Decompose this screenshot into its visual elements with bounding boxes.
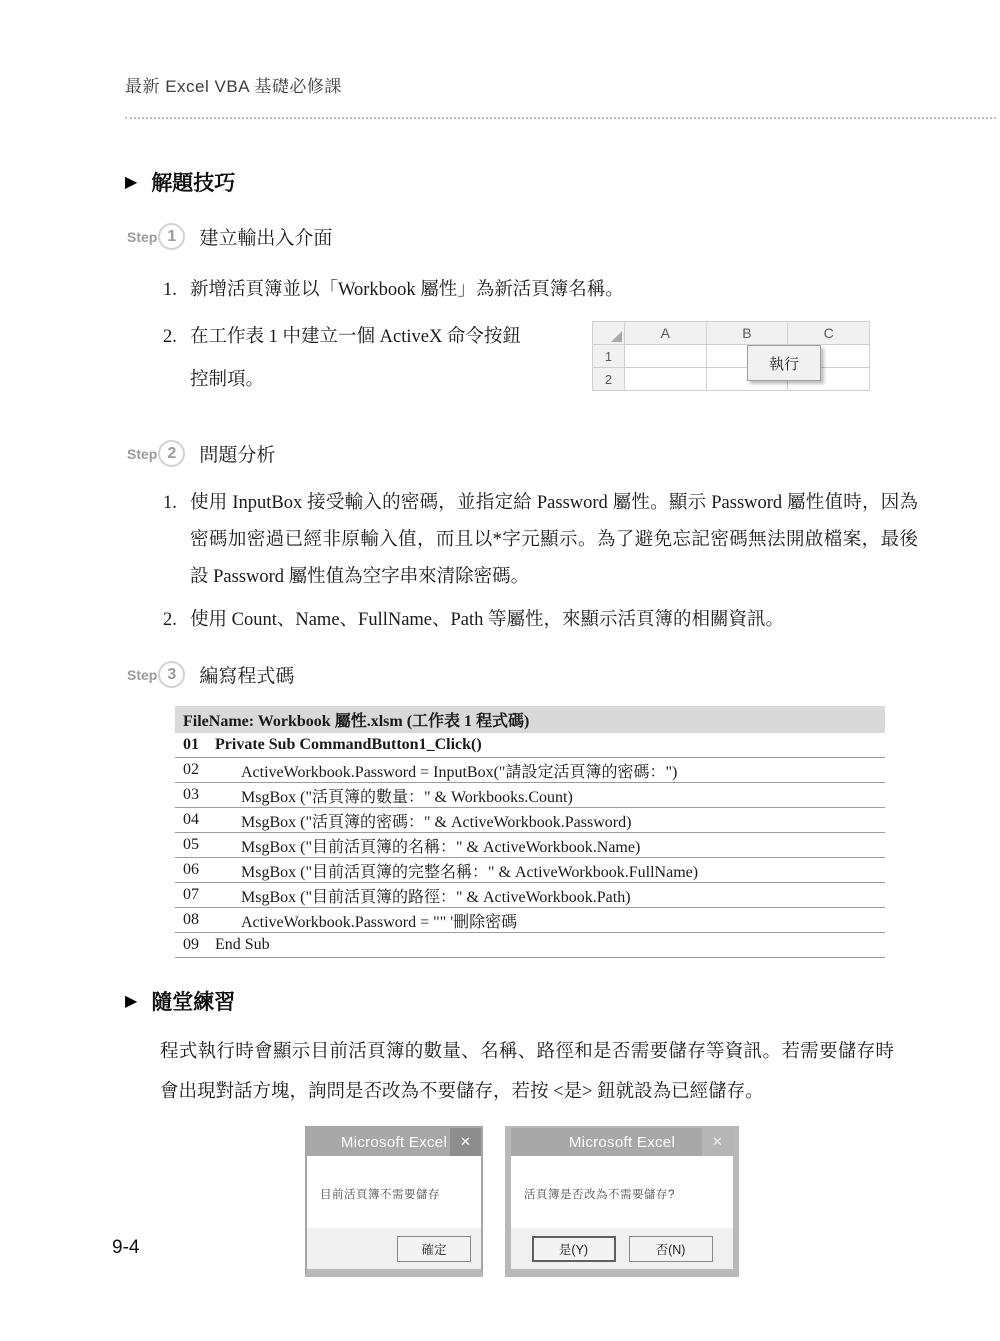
step1-item-2: 2. 在工作表 1 中建立一個 ActiveX 命令按鈕 控制項。 (163, 316, 1000, 402)
item-number: 2. (163, 602, 190, 639)
cell-a1[interactable] (624, 345, 706, 368)
line-number: 05 (183, 836, 209, 854)
section-heading-exercise: ▶ 隨堂練習 (125, 986, 1000, 1016)
step-label: Step (127, 229, 157, 245)
step-title: 建立輸出入介面 (199, 223, 332, 250)
excel-worksheet-figure: A B C 1 2 執行 (592, 321, 870, 391)
item-number: 1. (163, 485, 190, 596)
item-text: 新增活頁簿並以「Workbook 屬性」為新活頁簿名稱。 (190, 272, 624, 308)
line-number: 04 (183, 811, 209, 829)
dialog-titlebar[interactable]: Microsoft Excel ✕ (307, 1128, 481, 1156)
triangle-bullet-icon: ▶ (125, 172, 137, 192)
line-code: MsgBox ("活頁簿的密碼：" & ActiveWorkbook.Passw… (209, 809, 631, 832)
worksheet-row-2: 2 (593, 368, 870, 391)
line-code: MsgBox ("活頁簿的數量：" & Workbooks.Count) (209, 784, 573, 807)
section-title: 隨堂練習 (151, 986, 235, 1016)
page-number: 9-4 (112, 1237, 139, 1259)
step2-item-1: 1. 使用 InputBox 接受輸入的密碼，並指定給 Password 屬性。… (163, 485, 918, 596)
no-button[interactable]: 否(N) (629, 1236, 713, 1262)
line-code: ActiveWorkbook.Password = "" '刪除密碼 (209, 909, 517, 932)
step2-item-2: 2. 使用 Count、Name、FullName、Path 等屬性，來顯示活頁… (163, 602, 1000, 639)
step-number-badge: 1 (158, 223, 185, 250)
item-text: 使用 Count、Name、FullName、Path 等屬性，來顯示活頁簿的相… (190, 602, 784, 639)
step-title: 編寫程式碼 (199, 661, 294, 688)
line-number: 03 (183, 786, 209, 804)
worksheet-row-1: 1 (593, 345, 870, 368)
dialog-button-row: 確定 (307, 1228, 481, 1269)
code-line: 09 End Sub (175, 933, 885, 958)
item-text-line2: 控制項。 (190, 370, 264, 390)
yes-button[interactable]: 是(Y) (532, 1236, 616, 1262)
code-line: 03 MsgBox ("活頁簿的數量：" & Workbooks.Count) (175, 783, 885, 808)
step-1-row: Step 1 建立輸出入介面 (127, 223, 1000, 250)
code-line: 08 ActiveWorkbook.Password = "" '刪除密碼 (175, 908, 885, 933)
triangle-bullet-icon: ▶ (125, 991, 137, 1011)
line-code: MsgBox ("目前活頁簿的名稱：" & ActiveWorkbook.Nam… (209, 834, 640, 857)
item-text-line1: 在工作表 1 中建立一個 ActiveX 命令按鈕 (190, 327, 521, 347)
line-code: MsgBox ("目前活頁簿的路徑：" & ActiveWorkbook.Pat… (209, 884, 631, 907)
ok-button[interactable]: 確定 (397, 1236, 471, 1262)
step-3-row: Step 3 編寫程式碼 (127, 661, 1000, 688)
code-listing: FileName: Workbook 屬性.xlsm (工作表 1 程式碼) 0… (175, 706, 885, 958)
code-line: 07 MsgBox ("目前活頁簿的路徑：" & ActiveWorkbook.… (175, 883, 885, 908)
code-line: 05 MsgBox ("目前活頁簿的名稱：" & ActiveWorkbook.… (175, 833, 885, 858)
line-code: End Sub (209, 936, 270, 954)
line-number: 06 (183, 861, 209, 879)
cell-a2[interactable] (624, 368, 706, 391)
column-header-b[interactable]: B (706, 322, 788, 345)
code-line: 02 ActiveWorkbook.Password = InputBox("請… (175, 758, 885, 783)
step1-item-2-wrap: 2. 在工作表 1 中建立一個 ActiveX 命令按鈕 控制項。 A B C … (0, 316, 1000, 416)
step-2-row: Step 2 問題分析 (127, 440, 1000, 467)
header-divider (125, 97, 996, 119)
step1-item-1: 1. 新增活頁簿並以「Workbook 屬性」為新活頁簿名稱。 (163, 272, 1000, 308)
column-header-a[interactable]: A (624, 322, 706, 345)
row-header-2[interactable]: 2 (593, 368, 625, 391)
msgbox-dialog-1: Microsoft Excel ✕ 目前活頁簿不需要儲存 確定 (305, 1126, 483, 1277)
dialog-title: Microsoft Excel (569, 1134, 675, 1151)
section-heading-solving: ▶ 解題技巧 (125, 167, 1000, 197)
line-number: 08 (183, 911, 209, 929)
page-header: 最新 Excel VBA 基礎必修課 (125, 0, 994, 97)
dialog-figures: Microsoft Excel ✕ 目前活頁簿不需要儲存 確定 Microsof… (305, 1126, 1000, 1277)
line-code: Private Sub CommandButton1_Click() (209, 736, 482, 754)
select-all-corner[interactable] (593, 322, 625, 345)
item-text: 在工作表 1 中建立一個 ActiveX 命令按鈕 控制項。 (190, 316, 521, 402)
close-icon[interactable]: ✕ (450, 1128, 481, 1156)
msgbox-dialog-2: Microsoft Excel ✕ 活頁簿是否改為不需要儲存? 是(Y) 否(N… (505, 1126, 739, 1277)
step-label: Step (127, 446, 157, 462)
step-title: 問題分析 (199, 440, 275, 467)
item-number: 1. (163, 272, 190, 308)
code-listing-header: FileName: Workbook 屬性.xlsm (工作表 1 程式碼) (175, 706, 885, 733)
line-number: 01 (183, 736, 209, 754)
dialog-message: 目前活頁簿不需要儲存 (307, 1156, 481, 1228)
step-number-badge: 2 (158, 440, 185, 467)
line-number: 09 (183, 936, 209, 954)
code-line: 04 MsgBox ("活頁簿的密碼：" & ActiveWorkbook.Pa… (175, 808, 885, 833)
code-line: 06 MsgBox ("目前活頁簿的完整名稱：" & ActiveWorkboo… (175, 858, 885, 883)
line-code: ActiveWorkbook.Password = InputBox("請設定活… (209, 759, 677, 782)
dialog-message: 活頁簿是否改為不需要儲存? (511, 1156, 733, 1228)
column-header-c[interactable]: C (788, 322, 870, 345)
book-title: 最新 Excel VBA 基礎必修課 (125, 77, 342, 96)
worksheet-grid: A B C 1 2 (592, 321, 870, 391)
close-icon[interactable]: ✕ (702, 1128, 733, 1156)
book-page: 最新 Excel VBA 基礎必修課 ▶ 解題技巧 Step 1 建立輸出入介面… (0, 0, 1000, 1341)
line-number: 02 (183, 761, 209, 779)
section-title: 解題技巧 (151, 167, 235, 197)
step-number-badge: 3 (158, 661, 185, 688)
corner-triangle-icon (611, 331, 622, 342)
step-label: Step (127, 667, 157, 683)
run-command-button[interactable]: 執行 (747, 345, 821, 381)
dialog-title: Microsoft Excel (341, 1134, 447, 1151)
item-number: 2. (163, 316, 190, 402)
worksheet-header-row: A B C (593, 322, 870, 345)
exercise-paragraph: 程式執行時會顯示目前活頁簿的數量、名稱、路徑和是否需要儲存等資訊。若需要儲存時會… (160, 1032, 894, 1112)
line-code: MsgBox ("目前活頁簿的完整名稱：" & ActiveWorkbook.F… (209, 859, 698, 882)
code-line: 01 Private Sub CommandButton1_Click() (175, 733, 885, 758)
line-number: 07 (183, 886, 209, 904)
dialog-button-row: 是(Y) 否(N) (511, 1228, 733, 1269)
dialog-titlebar[interactable]: Microsoft Excel ✕ (511, 1128, 733, 1156)
row-header-1[interactable]: 1 (593, 345, 625, 368)
item-text: 使用 InputBox 接受輸入的密碼，並指定給 Password 屬性。顯示 … (190, 485, 918, 596)
